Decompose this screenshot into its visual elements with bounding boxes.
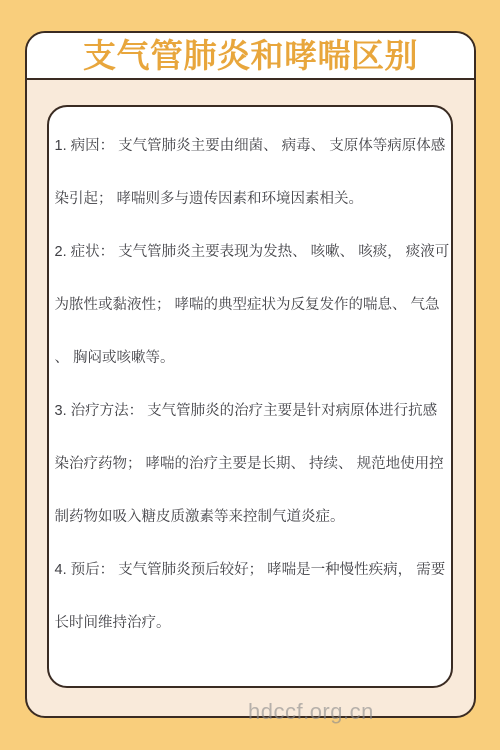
item-treatment: 3. 治疗方法： 支气管肺炎的治疗主要是针对病原体进行抗感 染治疗药物； 哮喘的… [55,385,451,544]
text-line: 长时间维持治疗。 [55,597,451,650]
item-prognosis: 4. 预后： 支气管肺炎预后较好； 哮喘是一种慢性疾病， 需要 长时间维持治疗。 [55,544,451,650]
text-line: 染引起； 哮喘则多与遗传因素和环境因素相关。 [55,173,451,226]
text-line: 3. 治疗方法： 支气管肺炎的治疗主要是针对病原体进行抗感 [55,385,451,438]
content-panel: 1. 病因： 支气管肺炎主要由细菌、 病毒、 支原体等病原体感 染引起； 哮喘则… [47,105,453,688]
item-cause: 1. 病因： 支气管肺炎主要由细菌、 病毒、 支原体等病原体感 染引起； 哮喘则… [55,120,451,226]
poster-background: 支气管肺炎和哮喘区别 1. 病因： 支气管肺炎主要由细菌、 病毒、 支原体等病原… [0,0,500,750]
item-symptoms: 2. 症状： 支气管肺炎主要表现为发热、 咳嗽、 咳痰， 痰液可 为脓性或黏液性… [55,226,451,385]
text-line: 染治疗药物； 哮喘的治疗主要是长期、 持续、 规范地使用控 [55,438,451,491]
text-line: 1. 病因： 支气管肺炎主要由细菌、 病毒、 支原体等病原体感 [55,120,451,173]
text-line: 、 胸闷或咳嗽等。 [55,332,451,385]
card-header: 支气管肺炎和哮喘区别 [27,33,474,80]
text-line: 为脓性或黏液性； 哮喘的典型症状为反复发作的喘息、 气急 [55,279,451,332]
info-card: 支气管肺炎和哮喘区别 1. 病因： 支气管肺炎主要由细菌、 病毒、 支原体等病原… [25,31,476,718]
text-line: 4. 预后： 支气管肺炎预后较好； 哮喘是一种慢性疾病， 需要 [55,544,451,597]
text-line: 制药物如吸入糖皮质激素等来控制气道炎症。 [55,491,451,544]
text-line: 2. 症状： 支气管肺炎主要表现为发热、 咳嗽、 咳痰， 痰液可 [55,226,451,279]
page-title: 支气管肺炎和哮喘区别 [83,36,418,76]
watermark: hdccf.org.cn [248,699,374,725]
